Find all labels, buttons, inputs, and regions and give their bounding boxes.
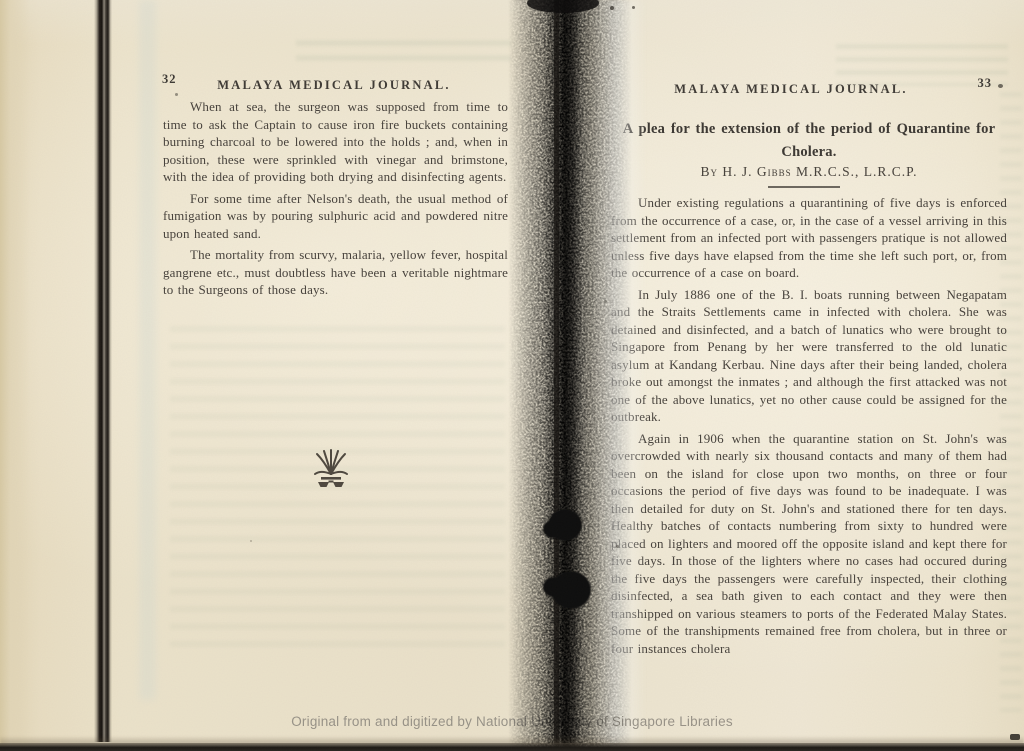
paragraph: For some time after Nelson's death, the … bbox=[163, 190, 508, 243]
paragraph: The mortality from scurvy, malaria, yell… bbox=[163, 246, 508, 299]
ink-speck bbox=[632, 6, 635, 9]
paragraph: Under existing regulations a quarantinin… bbox=[611, 194, 1007, 282]
article-title: A plea for the extension of the period o… bbox=[610, 118, 1008, 164]
right-page: MALAYA MEDICAL JOURNAL. 33 A plea for th… bbox=[610, 76, 1008, 736]
right-page-number: 33 bbox=[978, 76, 993, 91]
right-page-body: Under existing regulations a quarantinin… bbox=[611, 194, 1007, 657]
left-page-number: 32 bbox=[162, 72, 177, 87]
ink-speck bbox=[1010, 734, 1020, 740]
left-page-body: When at sea, the surgeon was supposed fr… bbox=[163, 98, 508, 299]
left-page: MALAYA MEDICAL JOURNAL. 32 When at sea, … bbox=[160, 72, 508, 692]
paragraph: In July 1886 one of the B. I. boats runn… bbox=[611, 286, 1007, 426]
paragraph: Again in 1906 when the quarantine statio… bbox=[611, 430, 1007, 658]
printer-fleuron-icon bbox=[312, 447, 350, 495]
bleed-through bbox=[296, 40, 511, 70]
left-running-header: MALAYA MEDICAL JOURNAL. bbox=[160, 78, 508, 93]
book-bottom-edge bbox=[0, 743, 1024, 751]
article-byline: By H. J. Gibbs M.R.C.S., L.R.C.P. bbox=[610, 164, 1008, 180]
right-running-header: MALAYA MEDICAL JOURNAL. bbox=[610, 82, 1008, 97]
ink-speck bbox=[610, 6, 614, 10]
byline-rule bbox=[768, 186, 840, 188]
left-page-stack-edge bbox=[0, 0, 30, 751]
page-bottom-shadow bbox=[0, 736, 1024, 744]
book-scan: MALAYA MEDICAL JOURNAL. 32 When at sea, … bbox=[0, 0, 1024, 751]
binding-fold-lines bbox=[94, 0, 112, 742]
ink-speck bbox=[604, 300, 607, 303]
paragraph: When at sea, the surgeon was supposed fr… bbox=[163, 98, 508, 186]
scan-streak bbox=[139, 0, 156, 700]
